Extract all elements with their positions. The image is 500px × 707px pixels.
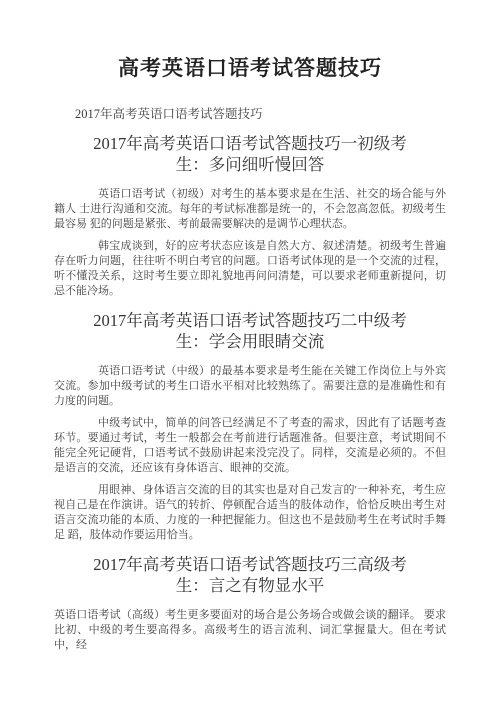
section-heading-intermediate: 2017年高考英语口语考试答题技巧二中级考生：学会用眼睛交流 [88,310,412,352]
paragraph: 韩宝成谈到，好的应考状态应该是自然大方、叙述清楚。初级考生普遍存在听力问题，往往… [54,239,446,299]
document-subtitle: 2017年高考英语口语考试答题技巧 [75,106,446,122]
document-page: 高考英语口语考试答题技巧 2017年高考英语口语考试答题技巧 2017年高考英语… [0,0,500,707]
paragraph: 英语口语考试（高级）考生更多要面对的场合是公务场合或做会谈的翻译。 要求比初、中… [54,608,446,653]
section-heading-advanced: 2017年高考英语口语考试答题技巧三高级考生：言之有物显水平 [88,554,412,596]
paragraph: 英语口语考试（初级）对考生的基本要求是在生活、社交的场合能与外籍人 士进行沟通和… [54,187,446,232]
section-beginner: 2017年高考英语口语考试答题技巧一初级考生：多问细听慢回答 英语口语考试（初级… [54,133,446,299]
document-title: 高考英语口语考试答题技巧 [54,56,446,81]
section-advanced: 2017年高考英语口语考试答题技巧三高级考生：言之有物显水平 英语口语考试（高级… [54,554,446,653]
paragraph: 中级考试中，简单的问答已经满足不了考查的需求，因此有了话题考查环节。要通过考试，… [54,416,446,476]
paragraph: 用眼神、身体语言交流的目的其实也是对自己发言的'一种补充，考生应视自己是在作演讲… [54,483,446,543]
section-heading-beginner: 2017年高考英语口语考试答题技巧一初级考生：多问细听慢回答 [88,133,412,175]
paragraph: 英语口语考试（中级）的最基本要求是考生能在关键工作岗位上与外宾交流。参加中级考试… [54,364,446,409]
section-intermediate: 2017年高考英语口语考试答题技巧二中级考生：学会用眼睛交流 英语口语考试（中级… [54,310,446,543]
